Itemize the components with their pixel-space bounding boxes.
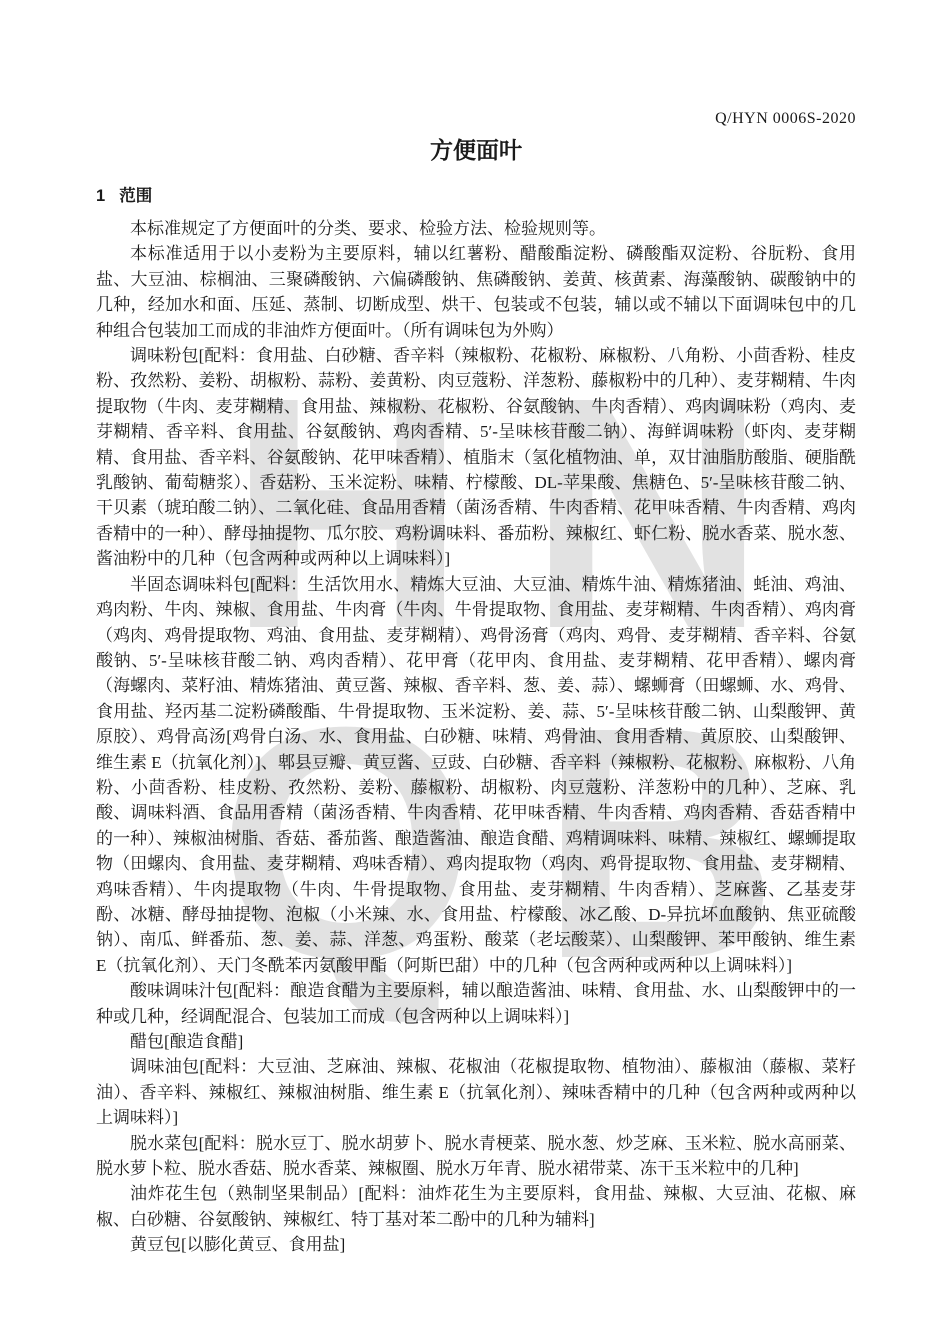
document-page: H N Q B Q/HYN 0006S-2020 方便面叶 1范围 本标准规定了…: [0, 0, 950, 1344]
page-content: Q/HYN 0006S-2020 方便面叶 1范围 本标准规定了方便面叶的分类、…: [96, 110, 856, 1258]
paragraph-semisolid-seasoning-pack: 半固态调味料包[配料：生活饮用水、精炼大豆油、大豆油、精炼牛油、精炼猪油、蚝油、…: [96, 572, 856, 979]
page-title: 方便面叶: [96, 136, 856, 164]
paragraph-sour-sauce-pack: 酸味调味汁包[配料：酿造食醋为主要原料，辅以酿造酱油、味精、食用盐、水、山梨酸钾…: [96, 978, 856, 1029]
section-number: 1: [96, 187, 105, 205]
paragraph-seasoning-oil-pack: 调味油包[配料：大豆油、芝麻油、辣椒、花椒油（花椒提取物、植物油）、藤椒油（藤椒…: [96, 1054, 856, 1130]
paragraph-dehydrated-vegetable-pack: 脱水菜包[配料：脱水豆丁、脱水胡萝卜、脱水青梗菜、脱水葱、炒芝麻、玉米粒、脱水高…: [96, 1131, 856, 1182]
section-heading: 1范围: [96, 186, 856, 206]
paragraph-soybean-pack: 黄豆包[以膨化黄豆、食用盐]: [96, 1232, 856, 1257]
paragraph-fried-peanut-pack: 油炸花生包（熟制坚果制品）[配料：油炸花生为主要原料，食用盐、辣椒、大豆油、花椒…: [96, 1181, 856, 1232]
paragraph-vinegar-pack: 醋包[酿造食醋]: [96, 1029, 856, 1054]
standard-code: Q/HYN 0006S-2020: [96, 110, 856, 128]
paragraph-seasoning-powder-pack: 调味粉包[配料：食用盐、白砂糖、香辛料（辣椒粉、花椒粉、麻椒粉、八角粉、小茴香粉…: [96, 343, 856, 572]
section-title: 范围: [119, 187, 152, 205]
paragraph-scope: 本标准规定了方便面叶的分类、要求、检验方法、检验规则等。: [96, 216, 856, 241]
paragraph-applicability: 本标准适用于以小麦粉为主要原料，辅以红薯粉、醋酸酯淀粉、磷酸酯双淀粉、谷朊粉、食…: [96, 241, 856, 343]
body-text: 本标准规定了方便面叶的分类、要求、检验方法、检验规则等。 本标准适用于以小麦粉为…: [96, 216, 856, 1258]
